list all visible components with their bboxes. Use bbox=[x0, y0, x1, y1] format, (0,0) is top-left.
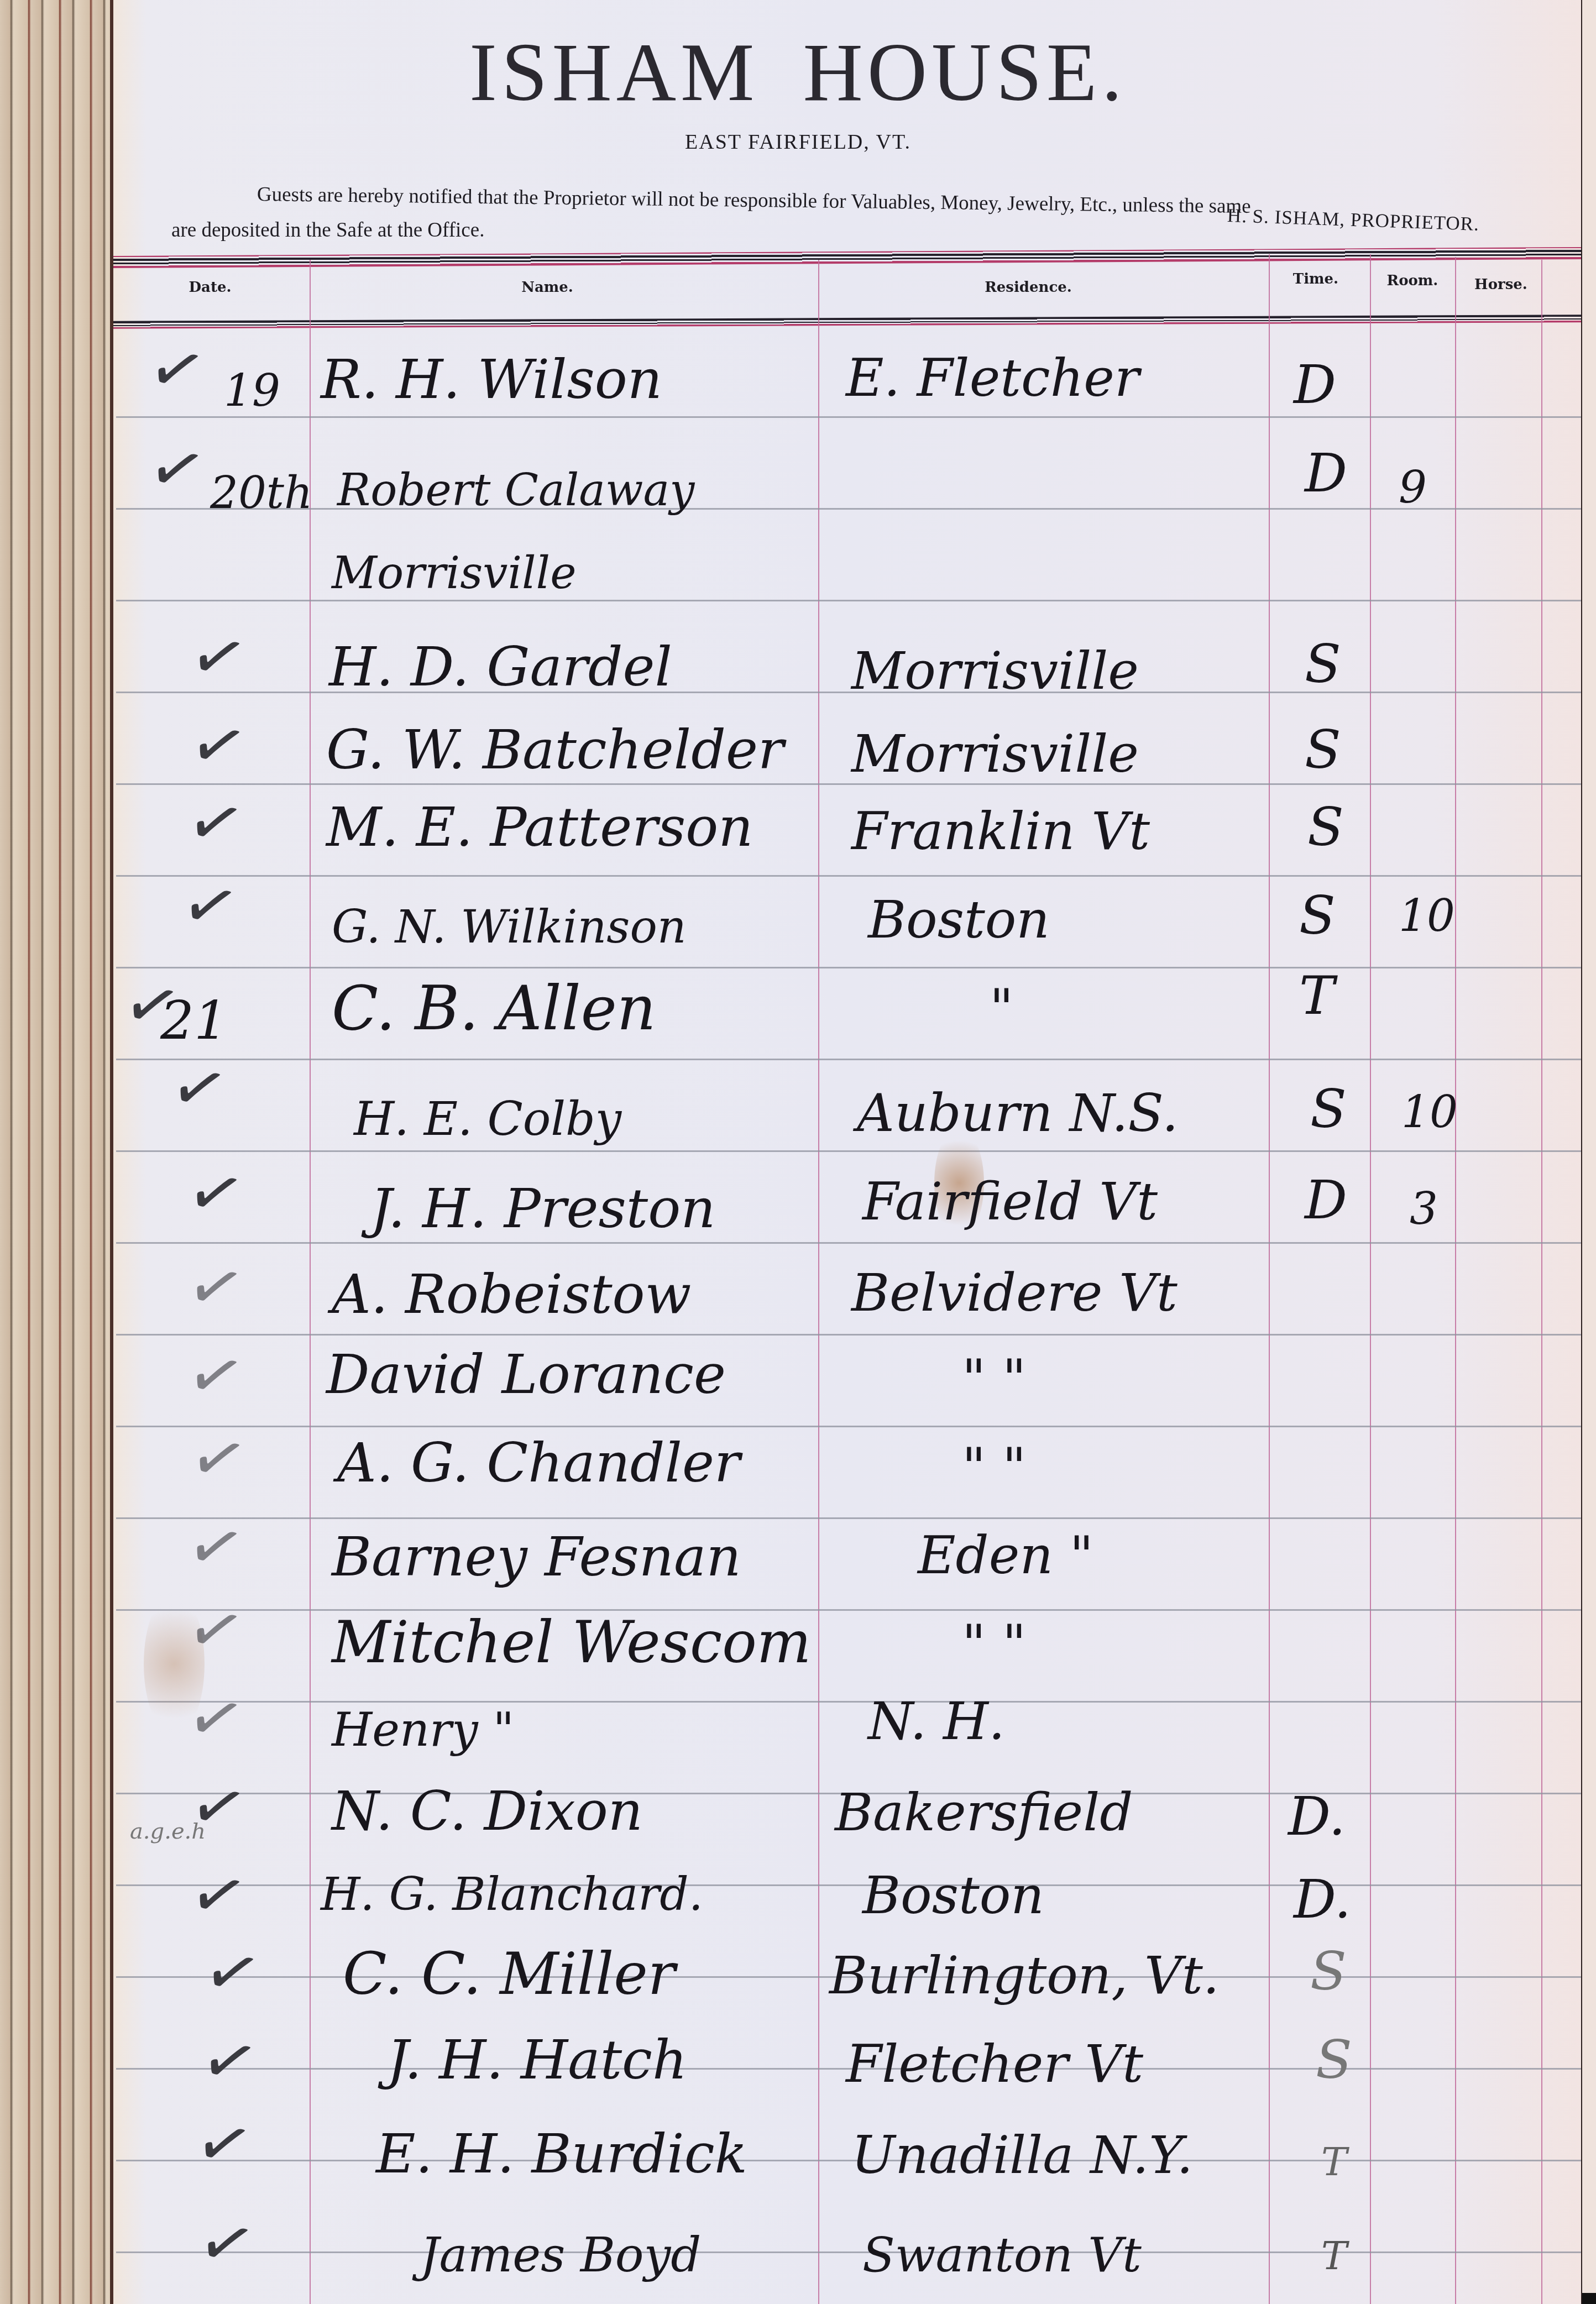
entry-residence: Morrisville bbox=[851, 641, 1139, 701]
entry-residence: " " bbox=[962, 1437, 1026, 1497]
entry-name: H. G. Blanchard. bbox=[321, 1868, 703, 1921]
entry-name: James Boyd bbox=[420, 2228, 701, 2283]
entry-residence: Auburn N.S. bbox=[857, 1083, 1179, 1144]
entry-residence: Franklin Vt bbox=[851, 802, 1150, 862]
entry-residence: Belvidere Vt bbox=[851, 1263, 1178, 1323]
column-header-room: Room. bbox=[1382, 273, 1443, 289]
entry-name: Morrisville bbox=[332, 547, 577, 599]
entry-name: David Lorance bbox=[326, 1343, 726, 1406]
entry-name: C. B. Allen bbox=[332, 973, 656, 1044]
entry-name: C. C. Miller bbox=[343, 1940, 676, 2008]
entry-time: T bbox=[1321, 2233, 1347, 2279]
column-header-date: Date. bbox=[177, 279, 243, 296]
entry-name: H. D. Gardel bbox=[329, 636, 672, 699]
entry-residence: Boston bbox=[868, 890, 1050, 950]
entry-residence: Swanton Vt bbox=[862, 2228, 1142, 2283]
column-header-residence: Residence. bbox=[973, 279, 1084, 296]
entry-room: 10 bbox=[1399, 890, 1455, 941]
entry-residence: Fairfield Vt bbox=[862, 1172, 1158, 1232]
entry-name: E. H. Burdick bbox=[376, 2123, 747, 2186]
entry-residence: " " bbox=[962, 1614, 1026, 1674]
entry-time: D bbox=[1305, 442, 1347, 504]
entry-residence: " " bbox=[962, 1349, 1026, 1409]
entry-time: S bbox=[1316, 2029, 1352, 2091]
column-header-time: Time. bbox=[1283, 271, 1349, 287]
entry-time: S bbox=[1299, 884, 1336, 946]
entry-residence: Fletcher Vt bbox=[846, 2034, 1143, 2094]
book-fore-edge bbox=[0, 0, 113, 2304]
entry-residence: N. H. bbox=[868, 1692, 1005, 1752]
liability-notice-line2: are deposited in the Safe at the Office. bbox=[171, 218, 484, 242]
entry-date: 20th bbox=[210, 467, 312, 519]
entry-name: A. G. Chandler bbox=[337, 1432, 740, 1495]
entry-room: 9 bbox=[1399, 462, 1427, 513]
entry-name: N. C. Dixon bbox=[332, 1780, 643, 1843]
entry-name: G. N. Wilkinson bbox=[332, 901, 687, 954]
entry-time: T bbox=[1299, 965, 1335, 1027]
entry-residence: Unadilla N.Y. bbox=[851, 2125, 1193, 2186]
hotel-title-word2: HOUSE. bbox=[803, 27, 1127, 118]
entry-name: G. W. Batchelder bbox=[326, 719, 784, 782]
entry-name: Henry " bbox=[332, 1703, 514, 1757]
entry-time: D bbox=[1305, 1169, 1347, 1231]
entry-residence: " bbox=[990, 978, 1013, 1039]
entry-name: Mitchel Wescom bbox=[332, 1609, 811, 1676]
entry-name: H. E. Colby bbox=[354, 1092, 621, 1146]
hotel-location: EAST FAIRFIELD, VT. bbox=[0, 130, 1596, 154]
entry-residence: Bakersfield bbox=[835, 1783, 1133, 1843]
column-header-horse: Horse. bbox=[1471, 276, 1531, 293]
entry-residence: E. Fletcher bbox=[846, 348, 1139, 409]
entry-time: S bbox=[1310, 1078, 1347, 1140]
column-header-name: Name. bbox=[498, 279, 597, 296]
entry-name: J. H. Hatch bbox=[387, 2029, 687, 2092]
entry-room: 3 bbox=[1410, 1183, 1438, 1234]
entry-name: Robert Calaway bbox=[337, 464, 694, 516]
entry-residence: Burlington, Vt. bbox=[829, 1946, 1220, 2006]
entry-time: S bbox=[1307, 796, 1344, 858]
hotel-title-word1: ISHAM bbox=[469, 27, 758, 118]
entry-date: 21 bbox=[160, 989, 228, 1051]
entry-name: A. Robeistow bbox=[332, 1263, 692, 1326]
entry-residence: Eden " bbox=[918, 1526, 1093, 1586]
entry-time: D. bbox=[1288, 1785, 1346, 1847]
hotel-title: ISHAMHOUSE. bbox=[0, 25, 1596, 120]
entry-name: Barney Fesnan bbox=[332, 1526, 741, 1589]
entry-name: J. H. Preston bbox=[370, 1177, 715, 1240]
entry-time: T bbox=[1321, 2139, 1347, 2185]
entry-time: S bbox=[1310, 1940, 1347, 2002]
entry-time: S bbox=[1305, 719, 1341, 781]
entry-residence: Boston bbox=[862, 1866, 1044, 1926]
entry-date: 19 bbox=[224, 365, 280, 416]
entry-room: 10 bbox=[1401, 1086, 1458, 1138]
entry-name: M. E. Patterson bbox=[326, 796, 753, 859]
entry-residence: Morrisville bbox=[851, 724, 1139, 784]
entry-time: S bbox=[1305, 633, 1341, 695]
entry-time: D. bbox=[1294, 1868, 1351, 1930]
next-page-edge bbox=[1581, 0, 1596, 2304]
entry-name: R. H. Wilson bbox=[321, 348, 662, 411]
entry-time: D bbox=[1294, 354, 1336, 416]
